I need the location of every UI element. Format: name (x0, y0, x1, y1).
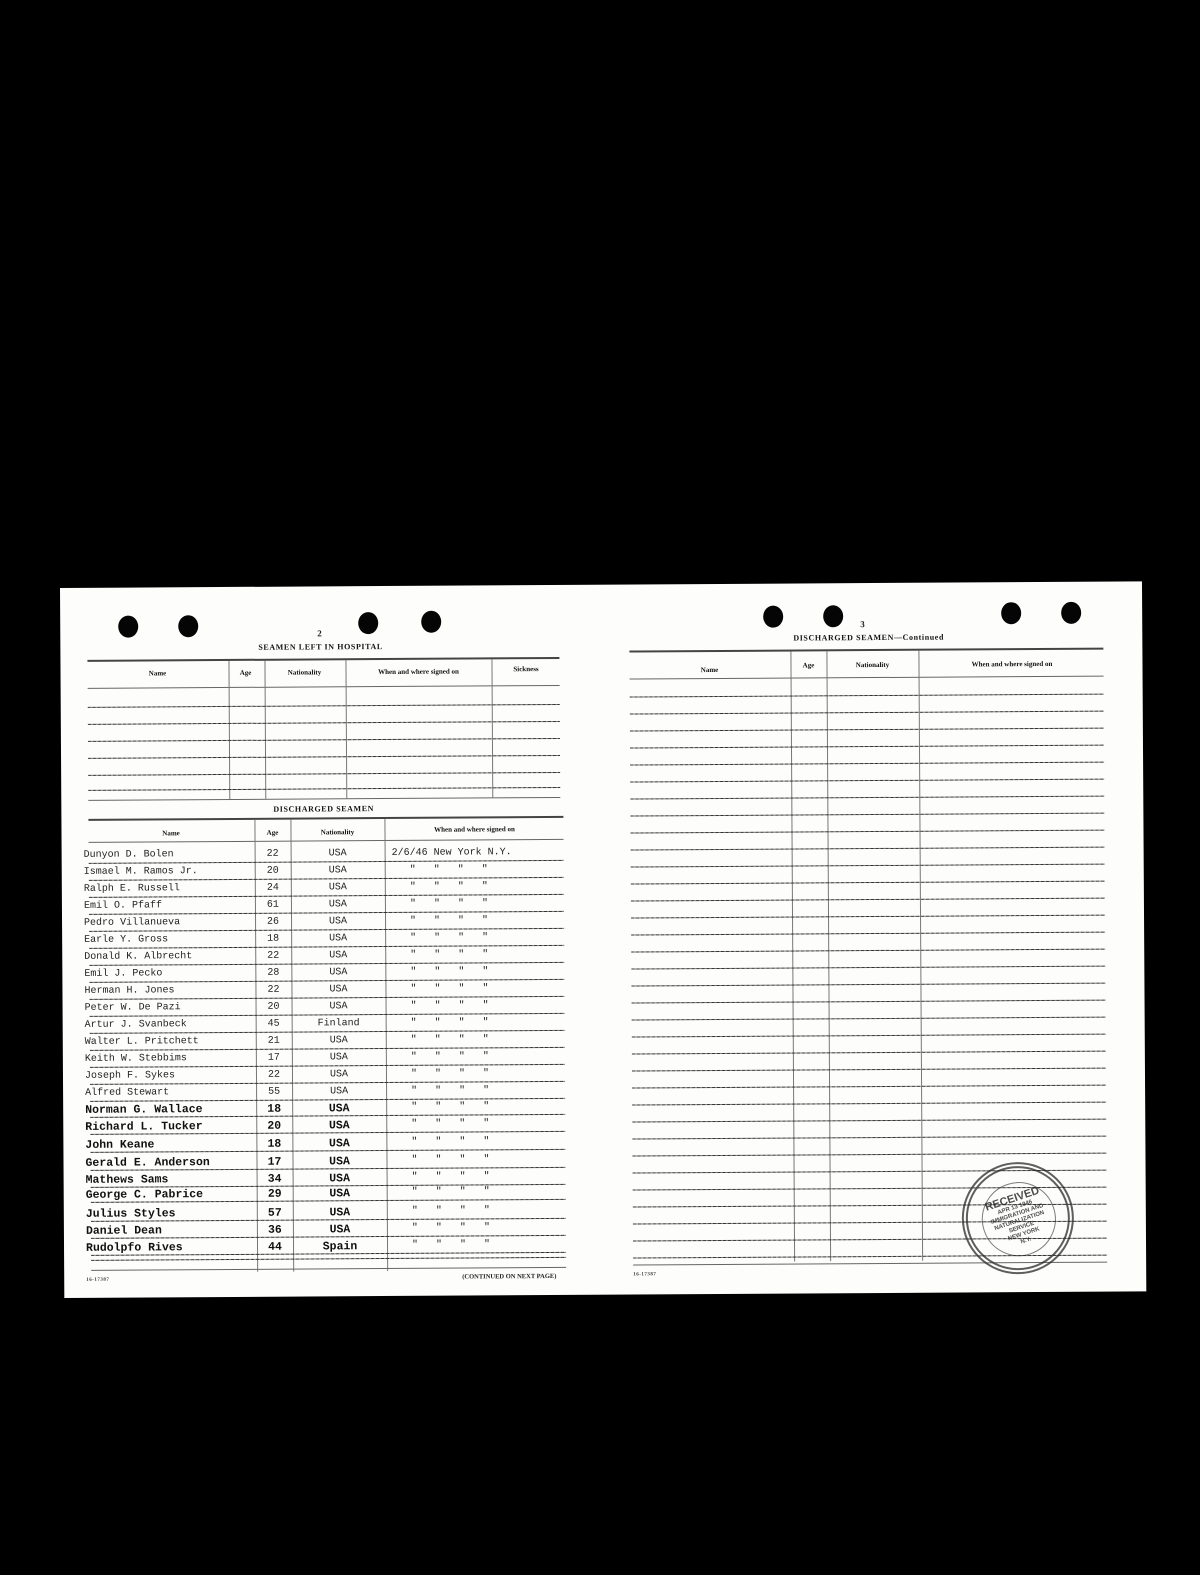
empty-row-line (630, 762, 1104, 766)
seaman-name: John Keane (85, 1138, 154, 1151)
col-header-nationality: Nationality (264, 668, 344, 676)
table-row: Artur J. Svanbeck45Finland" " " " (60, 585, 580, 588)
seaman-signed-on: " " " " (410, 881, 488, 892)
seaman-name: Rudolpfo Rives (86, 1241, 183, 1255)
col-header-age: Age (228, 669, 262, 677)
seaman-age: 22 (256, 951, 290, 962)
punch-hole (1061, 602, 1081, 624)
table-row: Keith W. Stebbims17USA" " " " (60, 585, 580, 588)
seaman-nationality: USA (293, 1069, 385, 1081)
seaman-age: 45 (257, 1019, 291, 1030)
punch-hole (1001, 602, 1021, 624)
seaman-nationality: USA (293, 1035, 385, 1047)
seaman-age: 26 (256, 917, 290, 928)
seaman-name: Herman H. Jones (84, 985, 174, 997)
empty-row-line (632, 1153, 1106, 1157)
discharged-continued-table: Name Age Nationality When and where sign… (615, 581, 1142, 584)
seaman-nationality: USA (293, 1155, 385, 1169)
document-sheet: 2 SEAMEN LEFT IN HOSPITAL Name Age Natio… (60, 581, 1146, 1298)
seaman-age: 57 (258, 1207, 292, 1220)
seaman-nationality: USA (292, 933, 384, 945)
seaman-nationality: USA (292, 967, 384, 979)
table-row: George C. Pabrice29USA" " " " (60, 585, 580, 588)
seaman-signed-on: " " " " (411, 1154, 489, 1165)
empty-row-line (630, 745, 1104, 749)
seaman-name: Earle Y. Gross (84, 934, 168, 946)
received-stamp: RECEIVED APR 13 1946 IMMIGRATION AND NAT… (962, 1162, 1075, 1275)
empty-row-line (630, 779, 1104, 783)
table-row: Mathews Sams34USA" " " " (60, 585, 580, 588)
seaman-nationality: USA (293, 1086, 385, 1098)
col-header-name: Name (88, 829, 253, 838)
seaman-age: 44 (258, 1241, 292, 1254)
seaman-signed-on: " " " " (410, 898, 488, 909)
empty-row-line (631, 898, 1105, 902)
seaman-name: Donald K. Albrecht (84, 951, 192, 963)
empty-row-line (631, 983, 1105, 987)
empty-row-line (630, 694, 1104, 698)
seaman-signed-on: " " " " (410, 983, 488, 994)
seaman-name: Emil J. Pecko (84, 968, 162, 979)
seaman-signed-on: " " " " (411, 1034, 489, 1045)
seaman-signed-on: " " " " (412, 1186, 490, 1197)
seaman-signed-on: " " " " (410, 864, 488, 875)
form-number: 16-17387 (86, 1278, 109, 1283)
seaman-nationality: USA (292, 916, 384, 928)
seaman-nationality: USA (293, 1119, 385, 1133)
col-header-nationality: Nationality (827, 661, 917, 670)
seaman-signed-on: " " " " (412, 1239, 490, 1250)
seaman-name: Peter W. De Pazi (85, 1002, 181, 1014)
seaman-nationality: Spain (294, 1240, 386, 1254)
seaman-age: 20 (256, 866, 290, 877)
table-row: Richard L. Tucker20USA" " " " (60, 585, 580, 588)
seaman-signed-on: " " " " (411, 1000, 489, 1011)
table-row: Joseph F. Sykes22USA" " " " (60, 585, 580, 588)
empty-row-line (632, 1102, 1106, 1106)
seaman-name: Ismael M. Ramos Jr. (84, 866, 198, 878)
seaman-age: 21 (257, 1036, 291, 1047)
empty-row-line (632, 1034, 1106, 1038)
seaman-signed-on: " " " " (412, 1171, 490, 1182)
table-row: Walter L. Pritchett21USA" " " " (60, 585, 580, 588)
empty-row-line (631, 864, 1105, 868)
page-number: 2 (317, 628, 322, 638)
discharged-section-title: DISCHARGED SEAMEN (273, 804, 374, 814)
table-row: Peter W. De Pazi20USA" " " " (60, 585, 580, 588)
seaman-name: Emil O. Pfaff (84, 900, 162, 911)
seaman-name: Dunyon D. Bolen (84, 849, 174, 861)
seaman-age: 36 (258, 1224, 292, 1237)
seaman-age: 22 (256, 849, 290, 860)
table-row: Gerald E. Anderson17USA" " " " (60, 585, 580, 588)
seaman-age: 18 (256, 934, 290, 945)
empty-row-line (631, 847, 1105, 851)
punch-hole (358, 612, 378, 634)
empty-row-line (631, 830, 1105, 834)
empty-row-line (632, 1051, 1106, 1055)
page-number: 3 (860, 619, 865, 629)
seaman-nationality: USA (292, 848, 384, 860)
seaman-signed-on: " " " " (411, 1136, 489, 1147)
empty-row-line (631, 949, 1105, 953)
table-row: Earle Y. Gross18USA" " " " (60, 585, 580, 588)
col-header-signed-on: When and where signed on (385, 825, 563, 834)
seaman-name: Keith W. Stebbims (85, 1053, 187, 1065)
seaman-name: Ralph E. Russell (84, 883, 180, 895)
empty-row-line (632, 1000, 1106, 1004)
seaman-age: 18 (257, 1138, 291, 1151)
empty-row-line (631, 881, 1105, 885)
hospital-section-title: SEAMEN LEFT IN HOSPITAL (258, 642, 382, 652)
seaman-age: 28 (256, 968, 290, 979)
seaman-name: Joseph F. Sykes (85, 1070, 175, 1082)
continued-note: (CONTINUED ON NEXT PAGE) (462, 1273, 556, 1281)
table-row: Donald K. Albrecht22USA" " " " (60, 585, 580, 588)
seaman-signed-on: " " " " (410, 966, 488, 977)
form-number: 16-17387 (633, 1272, 656, 1277)
punch-hole (178, 615, 198, 637)
seaman-nationality: USA (292, 882, 384, 894)
seaman-nationality: USA (292, 865, 384, 877)
seaman-age: 55 (257, 1087, 291, 1098)
punch-hole (421, 611, 441, 633)
table-row: John Keane18USA" " " " (60, 585, 580, 588)
seaman-signed-on: " " " " (412, 1222, 490, 1233)
punch-hole (763, 606, 783, 628)
seaman-nationality: USA (294, 1206, 386, 1220)
left-page: 2 SEAMEN LEFT IN HOSPITAL Name Age Natio… (60, 585, 584, 1298)
seaman-age: 24 (256, 883, 290, 894)
seaman-signed-on: " " " " (411, 1085, 489, 1096)
seaman-nationality: USA (294, 1223, 386, 1237)
empty-row-line (632, 1017, 1106, 1021)
seaman-age: 20 (257, 1120, 291, 1133)
discharged-table: Name Age Nationality When and where sign… (60, 585, 580, 588)
seaman-signed-on: " " " " (410, 932, 488, 943)
seaman-nationality: USA (293, 1052, 385, 1064)
col-header-name: Name (629, 666, 789, 675)
discharged-continued-title: DISCHARGED SEAMEN—Continued (793, 633, 944, 643)
empty-row-line (630, 711, 1104, 715)
seaman-age: 29 (258, 1188, 292, 1201)
empty-row-line (632, 1085, 1106, 1089)
punch-hole (823, 605, 843, 627)
seaman-name: Walter L. Pritchett (85, 1036, 199, 1048)
empty-row-line (630, 813, 1104, 817)
seaman-nationality: USA (292, 899, 384, 911)
seaman-nationality: Finland (293, 1018, 385, 1030)
seaman-nationality: USA (294, 1187, 386, 1201)
seaman-name: Gerald E. Anderson (85, 1156, 209, 1170)
table-row: Herman H. Jones22USA" " " " (60, 585, 580, 588)
col-header-nationality: Nationality (291, 828, 383, 837)
seaman-nationality: USA (292, 950, 384, 962)
hospital-table: Name Age Nationality When and where sign… (60, 585, 580, 588)
table-row: Emil O. Pfaff61USA" " " " (60, 585, 580, 588)
seaman-name: George C. Pabrice (86, 1188, 203, 1202)
seaman-signed-on: " " " " (411, 1017, 489, 1028)
seaman-signed-on: 2/6/46 New York N.Y. (392, 847, 512, 859)
table-row: Norman G. Wallace18USA" " " " (60, 585, 580, 588)
empty-row-line (632, 1136, 1106, 1140)
seaman-signed-on: " " " " (411, 1118, 489, 1129)
seaman-age: 18 (257, 1103, 291, 1116)
seaman-nationality: USA (293, 1102, 385, 1116)
empty-row-line (631, 966, 1105, 970)
seaman-signed-on: " " " " (411, 1068, 489, 1079)
empty-row-line (631, 932, 1105, 936)
seaman-age: 22 (256, 985, 290, 996)
table-row: Alfred Stewart55USA" " " " (60, 585, 580, 588)
col-header-signed-on: When and where signed on (920, 660, 1103, 669)
table-row: Dunyon D. Bolen22USA2/6/46 New York N.Y. (60, 585, 580, 588)
seaman-nationality: USA (294, 1172, 386, 1186)
col-header-signed-on: When and where signed on (346, 667, 490, 676)
table-row: Julius Styles57USA" " " " (60, 585, 580, 588)
empty-row-line (632, 1068, 1106, 1072)
table-row: Pedro Villanueva26USA" " " " (60, 585, 580, 588)
empty-row-line (630, 796, 1104, 800)
empty-row-line (630, 728, 1104, 732)
seaman-age: 22 (257, 1070, 291, 1081)
seaman-name: Alfred Stewart (85, 1087, 169, 1099)
seaman-signed-on: " " " " (411, 1101, 489, 1112)
seaman-age: 17 (257, 1156, 291, 1169)
seaman-name: Norman G. Wallace (85, 1103, 202, 1117)
table-row: Ismael M. Ramos Jr.20USA" " " " (60, 585, 580, 588)
seaman-name: Pedro Villanueva (84, 917, 180, 929)
empty-row-line (631, 915, 1105, 919)
seaman-age: 20 (257, 1002, 291, 1013)
seaman-name: Julius Styles (86, 1207, 176, 1221)
table-row: Emil J. Pecko28USA" " " " (60, 585, 580, 588)
col-header-age: Age (791, 661, 825, 669)
seaman-age: 34 (258, 1173, 292, 1186)
table-row: Daniel Dean36USA" " " " (60, 585, 580, 588)
table-row: Ralph E. Russell24USA" " " " (60, 585, 580, 588)
seaman-signed-on: " " " " (410, 915, 488, 926)
seaman-nationality: USA (292, 984, 384, 996)
seaman-signed-on: " " " " (411, 1051, 489, 1062)
seaman-name: Mathews Sams (86, 1173, 169, 1187)
seaman-nationality: USA (293, 1001, 385, 1013)
col-header-name: Name (88, 669, 228, 678)
seaman-name: Richard L. Tucker (85, 1120, 202, 1134)
punch-hole (118, 616, 138, 638)
seaman-signed-on: " " " " (410, 949, 488, 960)
seaman-age: 61 (256, 900, 290, 911)
right-page: 3 DISCHARGED SEAMEN—Continued Name Age N… (615, 581, 1146, 1294)
empty-row-line (632, 1119, 1106, 1123)
seaman-name: Daniel Dean (86, 1224, 162, 1237)
table-row: Rudolpfo Rives44Spain" " " " (60, 585, 580, 588)
seaman-age: 17 (257, 1053, 291, 1064)
seaman-nationality: USA (293, 1137, 385, 1151)
seaman-signed-on: " " " " (412, 1205, 490, 1216)
seaman-name: Artur J. Svanbeck (85, 1019, 187, 1031)
col-header-age: Age (255, 829, 289, 837)
col-header-sickness: Sickness (492, 665, 559, 673)
